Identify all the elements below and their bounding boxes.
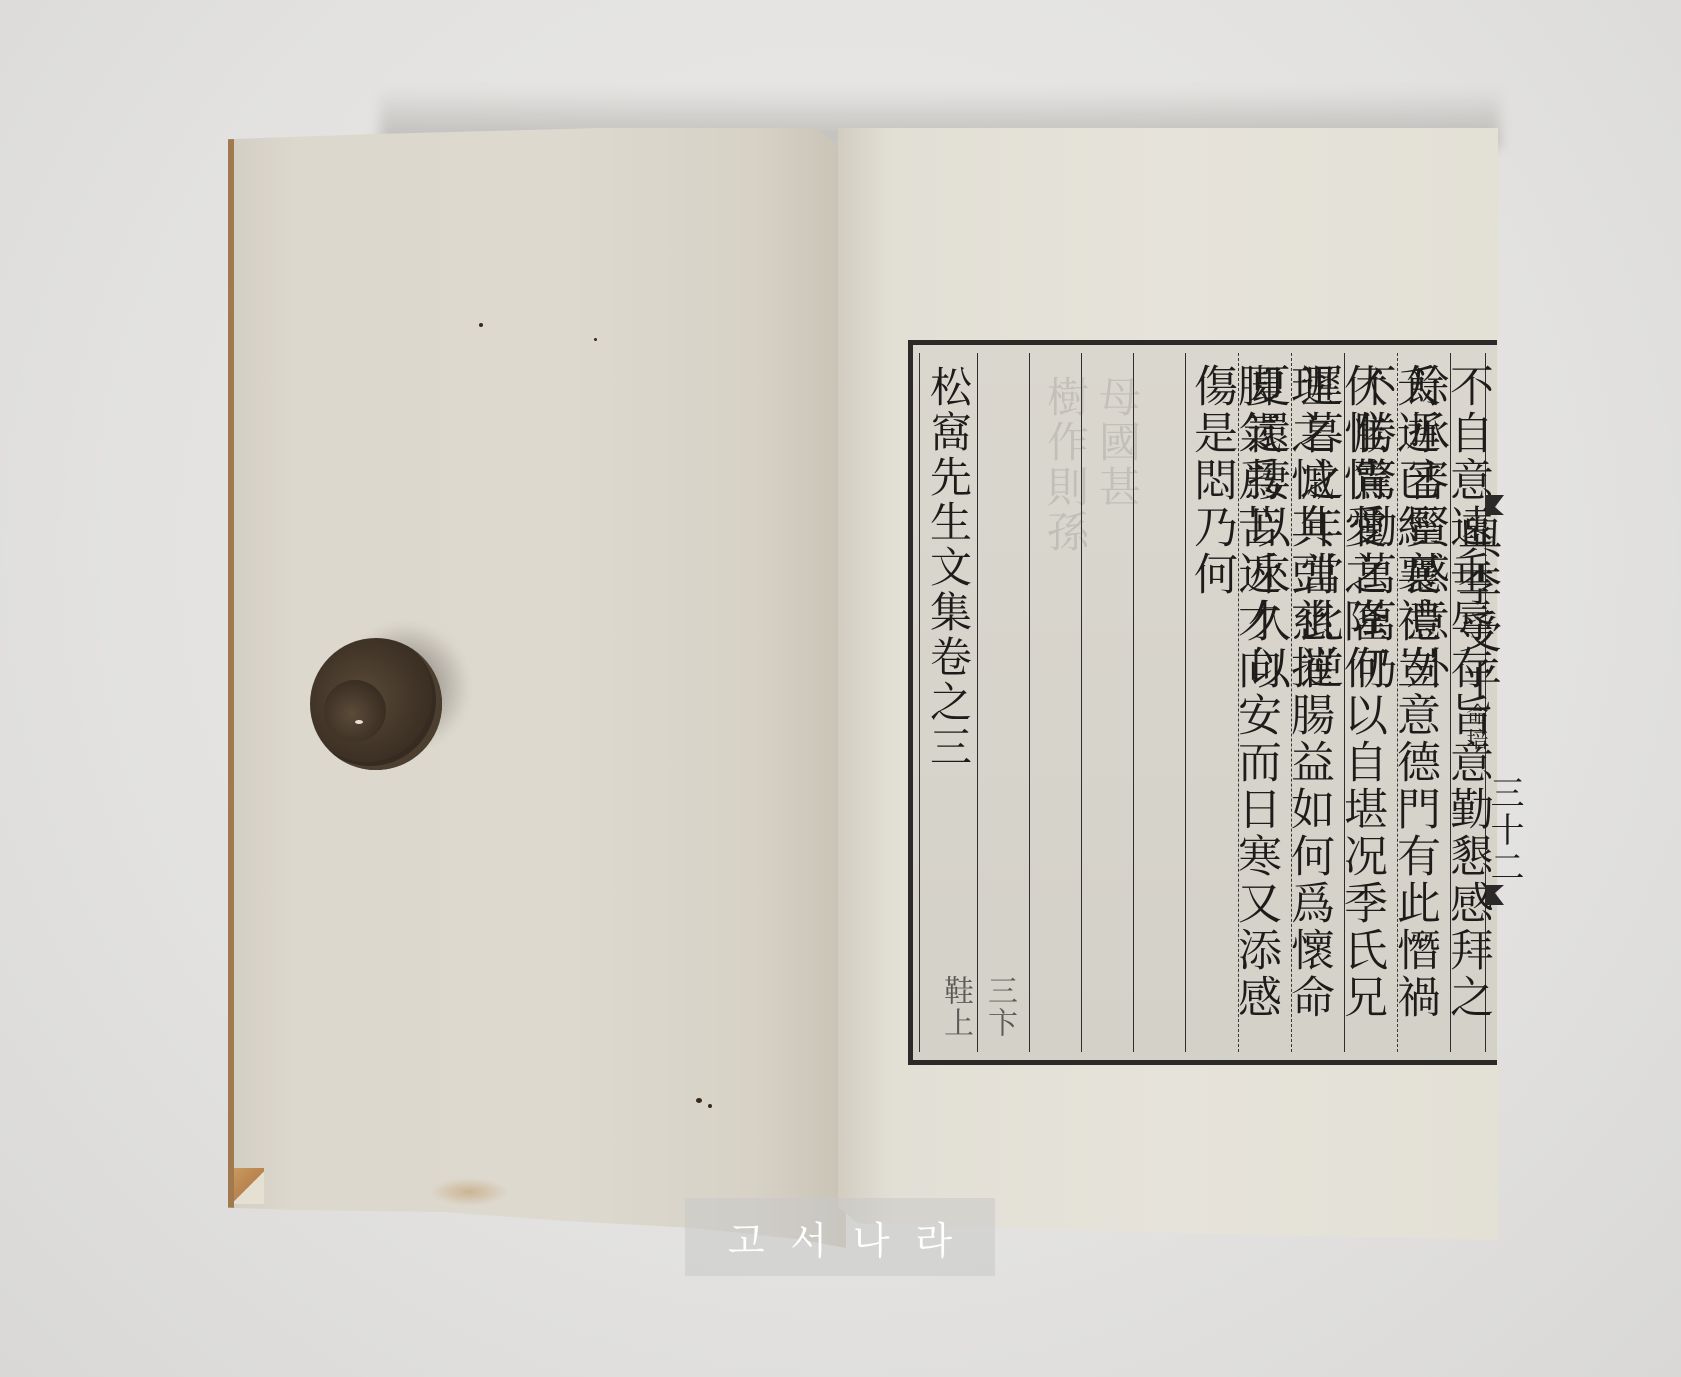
bleed-through-text: 母國甚 — [1087, 375, 1147, 510]
watermark-banner: 고 서 나 라 — [685, 1198, 995, 1276]
weight-knob — [324, 680, 386, 742]
speck — [479, 323, 483, 327]
folded-corner — [234, 1168, 264, 1204]
watermark-char: 라 — [915, 1210, 952, 1265]
speck — [594, 338, 597, 341]
print-frame: 樹作則孫 母國甚 松窩先生文集卷之三 三卞鞋上 脚氣爲苦近才向安而日寒又添感傷是… — [908, 340, 1497, 1065]
column-rule — [1029, 353, 1030, 1052]
water-stain — [429, 1178, 509, 1206]
watermark-char: 나 — [853, 1210, 890, 1265]
letter-heading-note: 命培 — [1464, 703, 1486, 753]
brass-weight-object — [310, 628, 445, 773]
bleed-through-text: 樹作則孫 — [1035, 375, 1095, 555]
speck — [708, 1104, 712, 1108]
watermark-char: 서 — [790, 1210, 827, 1265]
weight-glint — [355, 720, 363, 724]
page-number: 三十二 — [1487, 775, 1521, 886]
carver-mark: 三卞鞋上 — [933, 975, 1021, 1060]
letter-heading: 與李受平命培 — [1453, 515, 1497, 753]
fish-tail-mark-top — [1486, 495, 1504, 515]
fish-tail-mark-bottom — [1486, 885, 1504, 905]
letter-heading-title: 與李受平 — [1450, 515, 1501, 703]
speck — [696, 1098, 702, 1103]
collection-title: 松窩先生文集卷之三 — [927, 365, 969, 770]
column-rule — [977, 353, 978, 1052]
watermark-char: 고 — [728, 1210, 765, 1265]
